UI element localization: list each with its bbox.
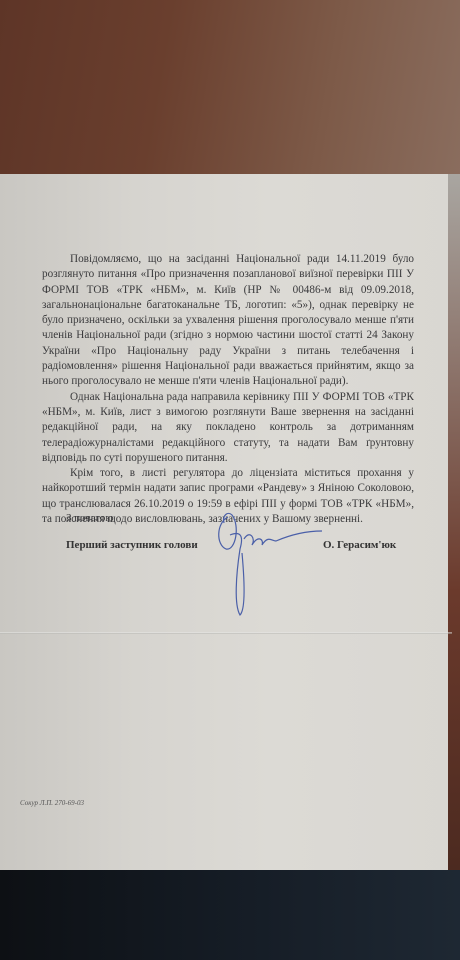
letter-body: Повідомляємо, що на засіданні Національн… [42,252,414,527]
paragraph-1: Повідомляємо, що на засіданні Національн… [42,252,414,390]
paragraph-2: Однак Національна рада направила керівни… [42,390,414,466]
handwritten-signature-icon [210,505,330,620]
paper-fold-crease [0,632,452,634]
wood-table-background [0,0,460,185]
paper-right-edge [448,174,460,870]
signatory-position: Перший заступник голови [66,539,198,551]
executor-footer-note: Сокур Л.П. 270-69-03 [20,799,84,807]
closing-regards: З повагою [66,512,114,524]
signatory-name: О. Герасим'юк [323,539,396,551]
dark-floor-background [0,868,460,960]
